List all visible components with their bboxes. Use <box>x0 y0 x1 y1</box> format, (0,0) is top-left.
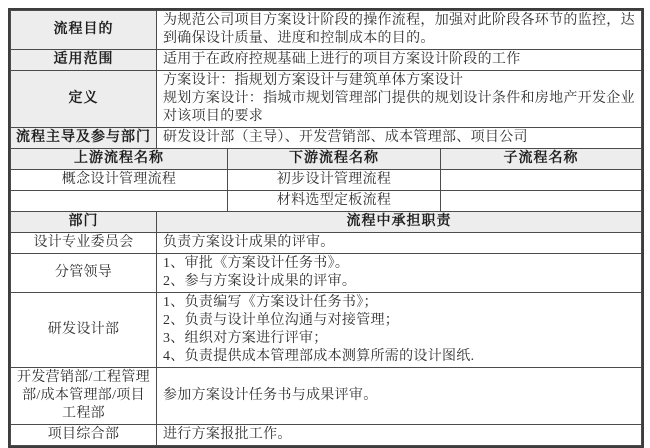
row-label-definition: 定义 <box>11 71 157 128</box>
scope-text: 适用于在政府控规基础上进行的项目方案设计阶段的工作 <box>163 51 635 69</box>
table-row: 概念设计管理流程 初步设计管理流程 <box>11 170 642 191</box>
table-row: 上游流程名称 下游流程名称 子流程名称 <box>11 149 642 170</box>
process-definition-table: 流程目的 为规范公司项目方案设计阶段的操作流程，加强对此阶段各环节的监控，达到确… <box>8 8 644 425</box>
duty-item: 3、组织对方案进行评审； <box>163 330 635 348</box>
duty-list: 负责方案设计成果的评审。 <box>157 233 642 254</box>
table-row: 设计专业委员会 负责方案设计成果的评审。 <box>11 233 642 254</box>
flow-header-downstream: 下游流程名称 <box>228 149 441 170</box>
flow-header-subprocess: 子流程名称 <box>441 149 642 170</box>
table-row: 定义 方案设计：指规划方案设计与建筑单体方案设计 规划方案设计：指城市规划管理部… <box>11 71 642 128</box>
row-label-scope: 适用范围 <box>11 50 157 71</box>
table-row: 开发营销部/工程管理部/成本管理部/项目工程部 参加方案设计任务书与成果评审。 <box>11 368 642 425</box>
upstream-process-cell <box>11 191 228 212</box>
definition-cell: 方案设计：指规划方案设计与建筑单体方案设计 规划方案设计：指城市规划管理部门提供… <box>157 71 642 128</box>
department-name: 分管领导 <box>11 254 157 293</box>
duty-item: 1、负责编写《方案设计任务书》； <box>163 294 635 312</box>
duty-item: 1、审批《方案设计任务书》。 <box>163 255 635 273</box>
table-row: 流程目的 为规范公司项目方案设计阶段的操作流程，加强对此阶段各环节的监控，达到确… <box>11 11 642 50</box>
subprocess-cell <box>441 170 642 191</box>
table-row: 部门 流程中承担职责 <box>11 212 642 233</box>
duties-section: 部门 流程中承担职责 设计专业委员会 负责方案设计成果的评审。 分管领导 1、审… <box>10 211 642 425</box>
scope-cell: 适用于在政府控规基础上进行的项目方案设计阶段的工作 <box>157 50 642 71</box>
duty-item: 负责方案设计成果的评审。 <box>163 234 635 252</box>
purpose-cell: 为规范公司项目方案设计阶段的操作流程，加强对此阶段各环节的监控，达到确保设计质量… <box>157 11 642 50</box>
purpose-text: 为规范公司项目方案设计阶段的操作流程，加强对此阶段各环节的监控，达到确保设计质量… <box>163 12 635 48</box>
flow-links-section: 上游流程名称 下游流程名称 子流程名称 概念设计管理流程 初步设计管理流程 材料… <box>10 148 642 212</box>
department-name: 设计专业委员会 <box>11 233 157 254</box>
duty-list: 1、审批《方案设计任务书》。 2、参与方案设计成果的评审。 <box>157 254 642 293</box>
duty-list: 参加方案设计任务书与成果评审。 <box>157 368 642 425</box>
row-label-purpose: 流程目的 <box>11 11 157 50</box>
owner-departments-cell: 研发设计部（主导）、开发营销部、成本管理部、项目公司 <box>157 128 642 149</box>
definition-line: 规划方案设计：指城市规划管理部门提供的规划设计条件和房地产开发企业对该项目的要求 <box>163 90 635 126</box>
table-row: 材料选型定板流程 <box>11 191 642 212</box>
duty-item: 参加方案设计任务书与成果评审。 <box>163 387 635 405</box>
table-row: 分管领导 1、审批《方案设计任务书》。 2、参与方案设计成果的评审。 <box>11 254 642 293</box>
flow-header-upstream: 上游流程名称 <box>11 149 228 170</box>
subprocess-cell <box>441 191 642 212</box>
downstream-process-cell: 初步设计管理流程 <box>228 170 441 191</box>
row-label-owner-departments: 流程主导及参与部门 <box>11 128 157 149</box>
duty-list: 1、负责编写《方案设计任务书》； 2、负责与设计单位沟通与对接管理； 3、组织对… <box>157 293 642 368</box>
duty-header-responsibility: 流程中承担职责 <box>157 212 642 233</box>
department-name: 研发设计部 <box>11 293 157 368</box>
upstream-process-cell: 概念设计管理流程 <box>11 170 228 191</box>
table-row: 流程主导及参与部门 研发设计部（主导）、开发营销部、成本管理部、项目公司 <box>11 128 642 149</box>
duty-header-department: 部门 <box>11 212 157 233</box>
duty-item: 2、参与方案设计成果的评审。 <box>163 273 635 291</box>
table-row: 适用范围 适用于在政府控规基础上进行的项目方案设计阶段的工作 <box>11 50 642 71</box>
overview-section: 流程目的 为规范公司项目方案设计阶段的操作流程，加强对此阶段各环节的监控，达到确… <box>10 10 642 149</box>
definition-line: 方案设计：指规划方案设计与建筑单体方案设计 <box>163 72 635 90</box>
duty-item: 4、负责提供成本管理部成本测算所需的设计图纸. <box>163 348 635 366</box>
owner-departments-text: 研发设计部（主导）、开发营销部、成本管理部、项目公司 <box>163 129 635 147</box>
downstream-process-cell: 材料选型定板流程 <box>228 191 441 212</box>
table-row: 研发设计部 1、负责编写《方案设计任务书》； 2、负责与设计单位沟通与对接管理；… <box>11 293 642 368</box>
duty-item: 2、负责与设计单位沟通与对接管理； <box>163 312 635 330</box>
department-name: 开发营销部/工程管理部/成本管理部/项目工程部 <box>11 368 157 425</box>
